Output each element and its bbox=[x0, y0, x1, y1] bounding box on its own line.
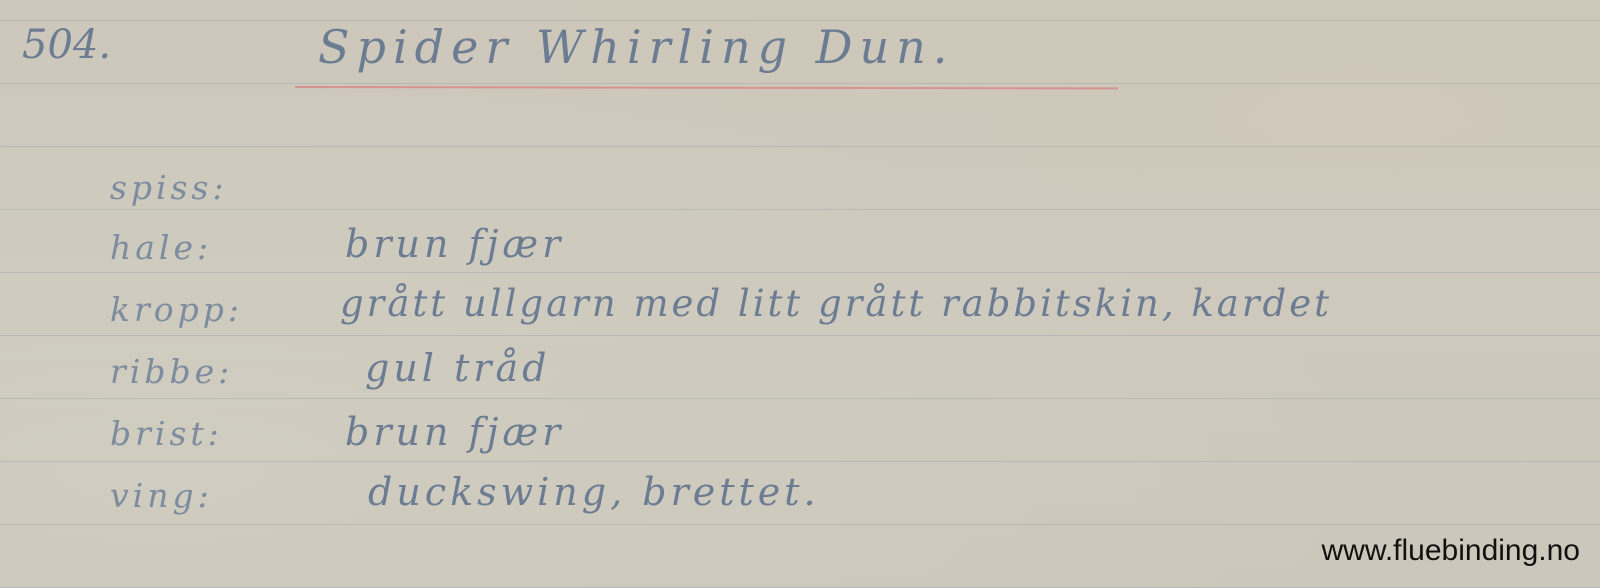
fly-pattern-title: Spider Whirling Dun. bbox=[318, 20, 954, 74]
ruled-line bbox=[0, 146, 1600, 147]
recipe-label: ving: bbox=[110, 476, 213, 515]
recipe-value: brun fjær bbox=[345, 222, 564, 266]
recipe-label: kropp: bbox=[110, 290, 243, 329]
recipe-value: brun fjær bbox=[345, 410, 564, 454]
entry-number: 504. bbox=[22, 22, 111, 68]
ruled-line bbox=[0, 83, 1600, 84]
website-watermark: www.fluebinding.no bbox=[1321, 534, 1580, 568]
title-underline bbox=[295, 86, 1118, 89]
recipe-label: ribbe: bbox=[110, 352, 233, 391]
recipe-label: hale: bbox=[110, 228, 212, 267]
ruled-line bbox=[0, 461, 1600, 462]
recipe-value: gul tråd bbox=[365, 346, 550, 390]
ruled-line bbox=[0, 272, 1600, 273]
recipe-value: duckswing, brettet. bbox=[368, 470, 820, 514]
ledger-page: 504. Spider Whirling Dun. spiss: hale: b… bbox=[0, 0, 1600, 588]
recipe-label: brist: bbox=[110, 414, 223, 453]
recipe-value: grått ullgarn med litt grått rabbitskin,… bbox=[340, 282, 1332, 325]
recipe-label: spiss: bbox=[110, 168, 228, 207]
ruled-line bbox=[0, 524, 1600, 525]
ruled-line bbox=[0, 209, 1600, 210]
ruled-line bbox=[0, 335, 1600, 336]
ruled-line bbox=[0, 398, 1600, 399]
